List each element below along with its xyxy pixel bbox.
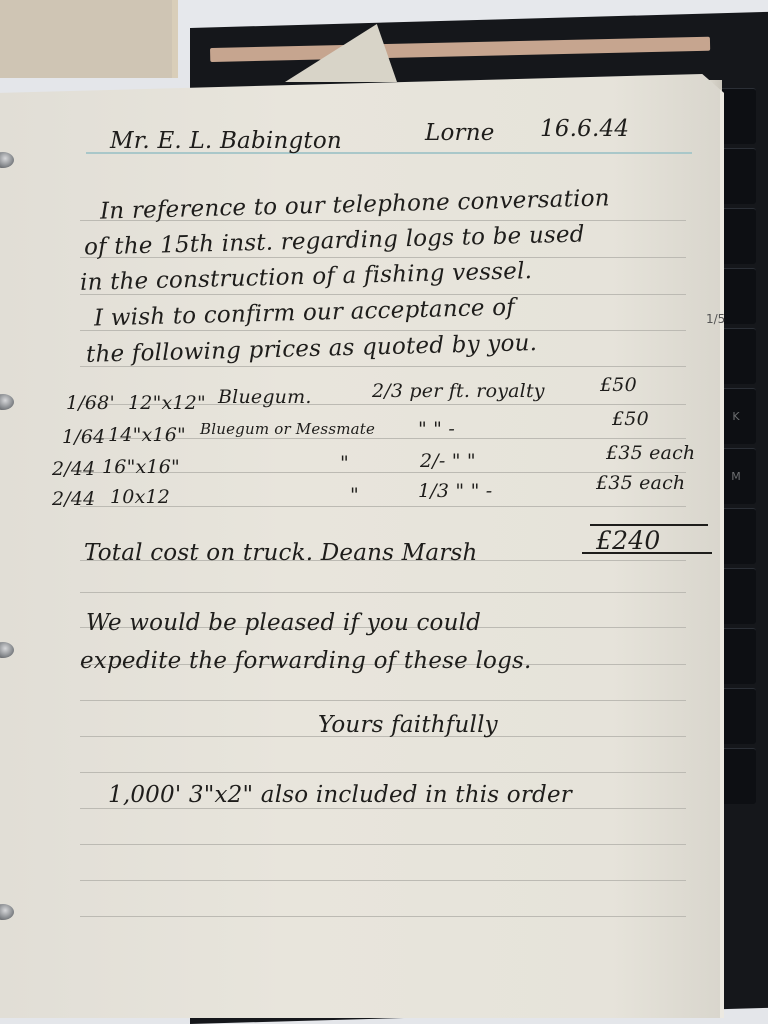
- item-rate: " " -: [418, 418, 455, 440]
- ruled-line: [80, 592, 686, 593]
- place-name: Lorne: [425, 120, 495, 146]
- ruled-line: [80, 506, 686, 507]
- item-qty-length: 2/44: [52, 488, 95, 510]
- item-price: £35 each: [606, 442, 695, 464]
- letter-date: 16.6.44: [540, 116, 629, 142]
- item-qty-length: 1/68': [66, 392, 115, 414]
- total-label: Total cost on truck. Deans Marsh: [84, 540, 478, 566]
- item-qty-length: 1/64: [62, 426, 105, 448]
- item-timber: ": [350, 484, 359, 506]
- item-timber: Bluegum or Messmate: [200, 420, 375, 438]
- ruled-line: [80, 772, 686, 773]
- request-line: We would be pleased if you could: [86, 610, 481, 636]
- ruled-line: [80, 880, 686, 881]
- item-size: 10x12: [110, 486, 170, 508]
- item-rate: 1/3 " " -: [418, 480, 492, 502]
- item-timber: Bluegum.: [218, 386, 312, 408]
- cardboard-box: [0, 0, 178, 78]
- ruled-line: [80, 330, 686, 331]
- ring-hole: [0, 152, 14, 168]
- request-line: expedite the forwarding of these logs.: [80, 648, 532, 674]
- total-underline: [582, 552, 712, 554]
- item-rate: 2/3 per ft. royalty: [372, 380, 545, 402]
- postscript-note: 1,000' 3"x2" also included in this order: [108, 782, 572, 808]
- ring-hole: [0, 642, 14, 658]
- ruled-line: [80, 808, 686, 809]
- item-price: £50: [600, 374, 637, 396]
- item-price: £35 each: [596, 472, 685, 494]
- item-size: 16"x16": [102, 456, 180, 478]
- total-amount: £240: [596, 526, 660, 555]
- photo-scene: K M Mr. E. L. B: [0, 0, 768, 1024]
- ruled-line: [80, 916, 686, 917]
- margin-note: 1/5: [706, 312, 725, 326]
- item-rate: 2/- " ": [420, 450, 476, 472]
- item-price: £50: [612, 408, 649, 430]
- item-size: 14"x16": [108, 424, 186, 446]
- item-timber: ": [340, 452, 349, 474]
- recipient-name: Mr. E. L. Babington: [110, 128, 342, 154]
- ruled-line: [80, 366, 686, 367]
- item-qty-length: 2/44: [52, 458, 95, 480]
- ring-hole: [0, 394, 14, 410]
- item-size: 12"x12": [128, 392, 206, 414]
- closing-salutation: Yours faithfully: [318, 712, 498, 738]
- ruled-line: [80, 844, 686, 845]
- ruled-line: [80, 700, 686, 701]
- ruled-line: [80, 294, 686, 295]
- ring-hole: [0, 904, 14, 920]
